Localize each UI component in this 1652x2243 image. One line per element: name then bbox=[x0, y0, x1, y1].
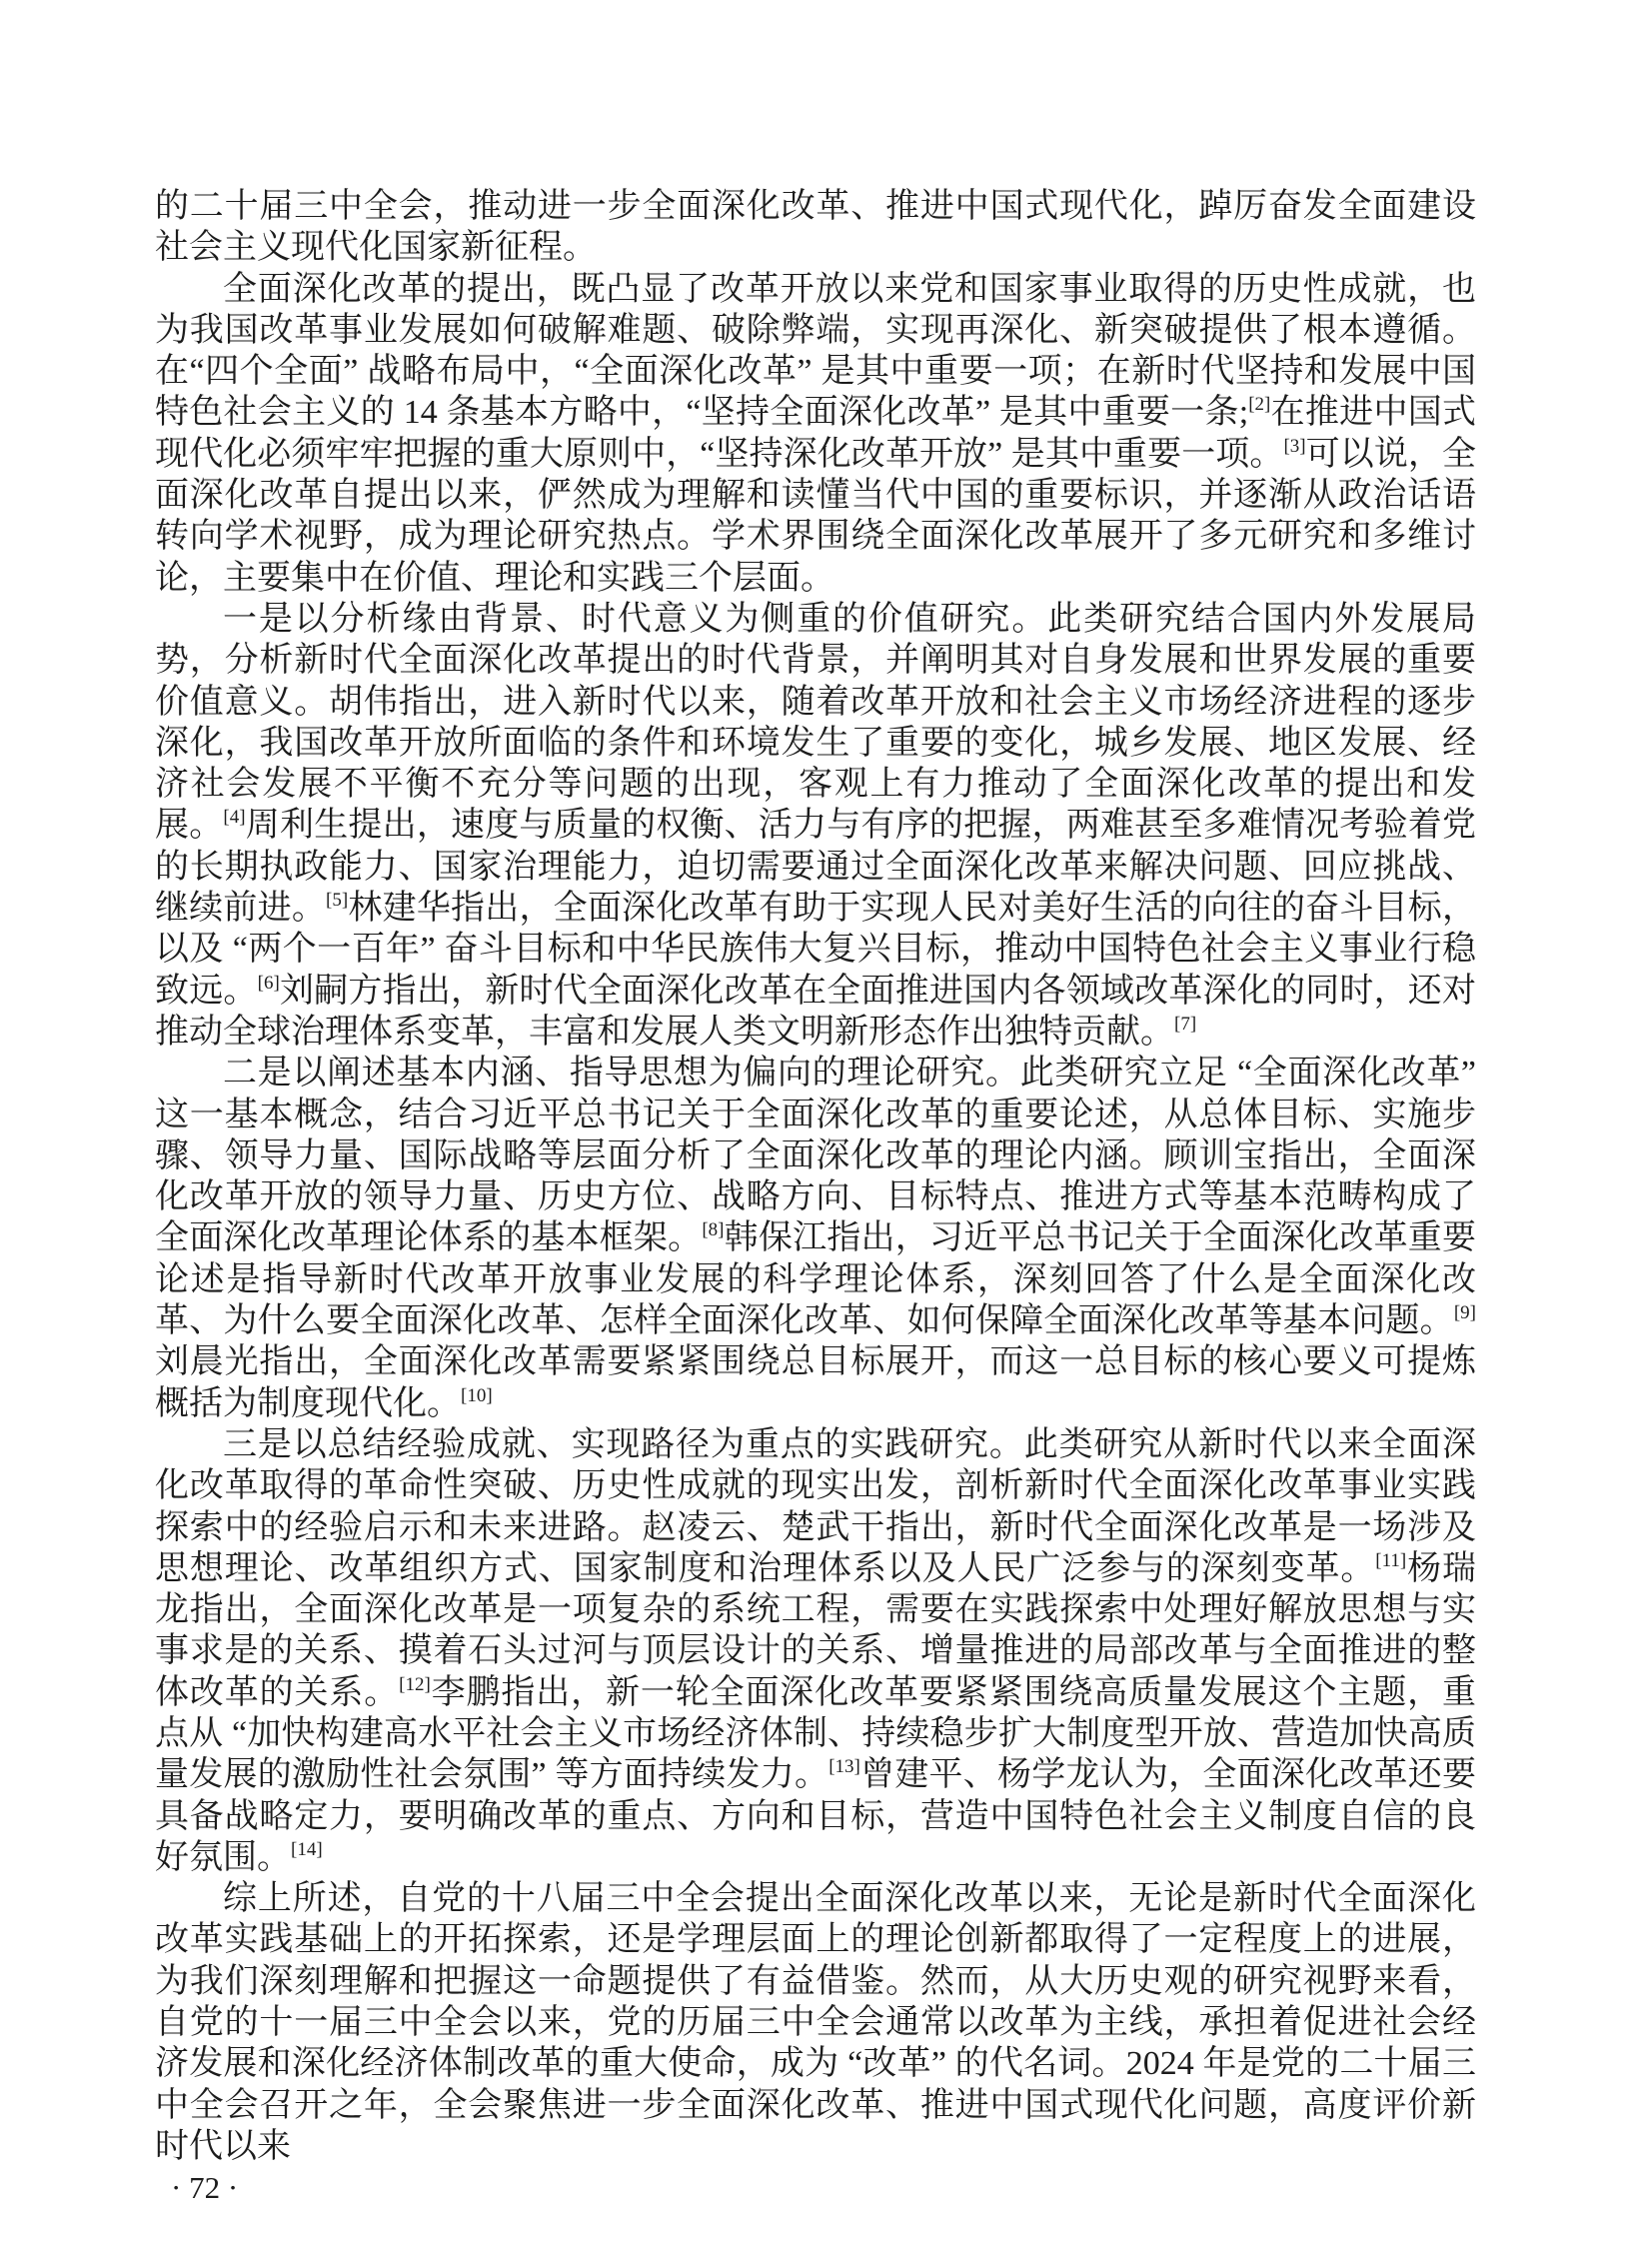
citation-marker: [13] bbox=[828, 1756, 860, 1777]
body-paragraph: 全面深化改革的提出，既凸显了改革开放以来党和国家事业取得的历史性成就，也为我国改… bbox=[155, 269, 1476, 599]
citation-marker: [10] bbox=[461, 1385, 493, 1406]
body-paragraph: 综上所述，自党的十八届三中全会提出全面深化改革以来，无论是新时代全面深化改革实践… bbox=[155, 1878, 1476, 2167]
citation-marker: [3] bbox=[1283, 436, 1305, 457]
citation-marker: [7] bbox=[1174, 1014, 1196, 1035]
citation-marker: [6] bbox=[258, 973, 280, 994]
text-block: 的二十届三中全会，推动进一步全面深化改革、推进中国式现代化，踔厉奋发全面建设社会… bbox=[155, 186, 1476, 2209]
body-paragraph: 二是以阐述基本内涵、指导思想为偏向的理论研究。此类研究立足 “全面深化改革” 这… bbox=[155, 1053, 1476, 1424]
citation-marker: [5] bbox=[326, 890, 348, 911]
citation-marker: [14] bbox=[291, 1839, 323, 1860]
body-paragraph: 一是以分析缘由背景、时代意义为侧重的价值研究。此类研究结合国内外发展局势，分析新… bbox=[155, 599, 1476, 1053]
citation-marker: [4] bbox=[223, 807, 245, 828]
body-paragraph: 的二十届三中全会，推动进一步全面深化改革、推进中国式现代化，踔厉奋发全面建设社会… bbox=[155, 186, 1476, 269]
citation-marker: [11] bbox=[1375, 1550, 1406, 1571]
article-body: 的二十届三中全会，推动进一步全面深化改革、推进中国式现代化，踔厉奋发全面建设社会… bbox=[155, 186, 1476, 2167]
citation-marker: [9] bbox=[1454, 1302, 1476, 1323]
citation-marker: [12] bbox=[399, 1674, 431, 1695]
citation-marker: [2] bbox=[1248, 394, 1270, 415]
document-page: 的二十届三中全会，推动进一步全面深化改革、推进中国式现代化，踔厉奋发全面建设社会… bbox=[0, 0, 1652, 2243]
page-number: · 72 · bbox=[155, 2167, 1476, 2208]
body-paragraph: 三是以总结经验成就、实现路径为重点的实践研究。此类研究从新时代以来全面深化改革取… bbox=[155, 1424, 1476, 1878]
citation-marker: [8] bbox=[702, 1219, 724, 1240]
